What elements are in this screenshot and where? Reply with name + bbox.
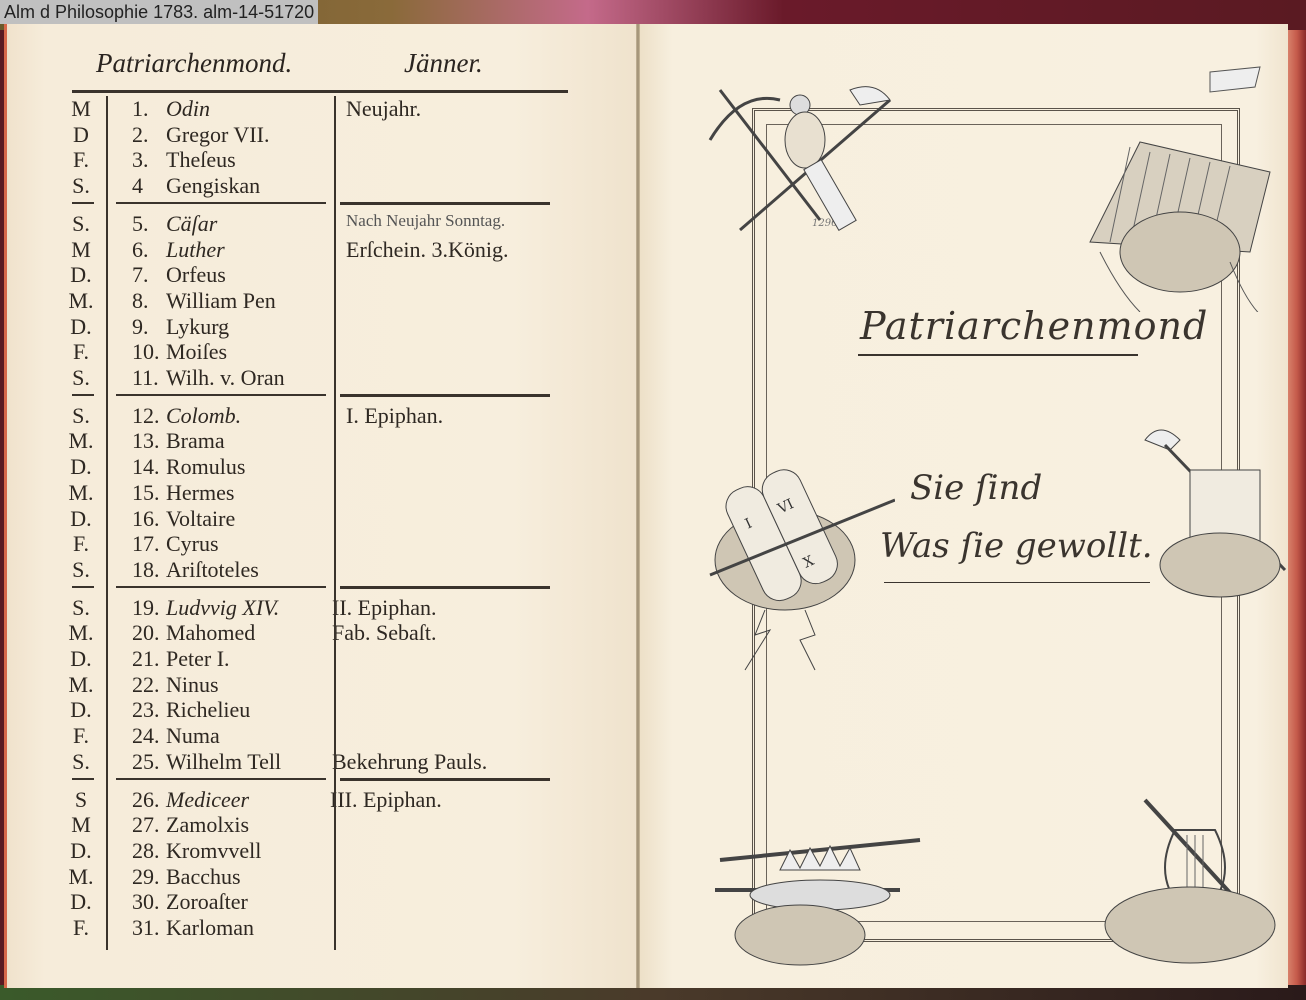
feast-note: Erſchein. 3.König.	[346, 237, 509, 263]
day-number: 14.	[132, 454, 160, 480]
patron-name: Odin	[166, 96, 210, 122]
calendar-day-row: F.3.Theſeus	[66, 147, 326, 173]
calendar-day-row: D.28.Kromvvell	[66, 838, 326, 864]
calendar-day-row: M.15.Hermes	[66, 480, 326, 506]
calendar-day-row: M1.Odin	[66, 96, 326, 122]
motto-line-2: Was ſie gewollt.	[880, 526, 1153, 566]
calendar-day-row: M.22.Ninus	[66, 672, 326, 698]
day-number: 25.	[132, 749, 160, 775]
feast-note: II. Epiphan.	[332, 595, 436, 621]
weekday-letter: M.	[66, 672, 96, 698]
calendar-day-row: F.31.Karloman	[66, 915, 326, 941]
patron-name: Colomb.	[166, 403, 241, 429]
crown-and-scepters-ornament	[710, 830, 930, 970]
patron-name: Ninus	[166, 672, 219, 698]
day-number: 31.	[132, 915, 160, 941]
day-number: 8.	[132, 288, 149, 314]
day-number: 19.	[132, 595, 160, 621]
day-number: 15.	[132, 480, 160, 506]
weekday-letter: M.	[66, 428, 96, 454]
calendar-day-row: M.20.Mahomed	[66, 620, 326, 646]
month-title-heading: Jänner.	[404, 48, 483, 79]
day-number: 30.	[132, 889, 160, 915]
calendar-day-row: F.10.Moiſes	[66, 339, 326, 365]
feast-note: Fab. Sebaſt.	[332, 620, 437, 646]
calendar-day-row: D.21.Peter I.	[66, 646, 326, 672]
calendar-day-row: F.24.Numa	[66, 723, 326, 749]
weekday-letter: M	[66, 812, 96, 838]
week-separator	[116, 586, 326, 588]
weekday-letter: D.	[66, 697, 96, 723]
week-separator	[340, 778, 550, 781]
weekday-letter: F.	[66, 339, 96, 365]
day-number: 16.	[132, 506, 160, 532]
feast-note: III. Epiphan.	[330, 787, 442, 813]
day-number: 29.	[132, 864, 160, 890]
patron-name: Hermes	[166, 480, 234, 506]
week-separator	[116, 394, 326, 396]
calendar-day-row: M27.Zamolxis	[66, 812, 326, 838]
day-number: 1.	[132, 96, 149, 122]
patron-name: Wilh. v. Oran	[166, 365, 285, 391]
calendar-day-row: D.23.Richelieu	[66, 697, 326, 723]
calendar-day-row: S.4Gengiskan	[66, 173, 326, 199]
weekday-letter: S.	[66, 173, 96, 199]
weekday-letter: S	[66, 787, 96, 813]
weekday-letter: M.	[66, 620, 96, 646]
feast-note: Nach Neujahr Sonntag.	[346, 211, 505, 231]
day-number: 13.	[132, 428, 160, 454]
day-number: 6.	[132, 237, 149, 263]
calendar-day-row: S.12.Colomb.	[66, 403, 326, 429]
day-number: 18.	[132, 557, 160, 583]
crossbow-and-bust-ornament	[700, 80, 900, 240]
weekday-letter: S.	[66, 749, 96, 775]
calendar-day-row: M.13.Brama	[66, 428, 326, 454]
day-number: 7.	[132, 262, 149, 288]
tablets-of-law-ornament: I VI X	[705, 460, 895, 680]
weekday-letter: D.	[66, 506, 96, 532]
motto-underline	[884, 582, 1150, 583]
week-separator	[72, 394, 94, 396]
day-number: 3.	[132, 147, 149, 173]
header-rule	[72, 90, 568, 93]
weekday-letter: S.	[66, 211, 96, 237]
weekday-letter: D.	[66, 314, 96, 340]
patron-name: Moiſes	[166, 339, 227, 365]
motto-line-1: Sie ſind	[910, 468, 1042, 508]
patron-name: Brama	[166, 428, 225, 454]
feast-note: Bekehrung Pauls.	[332, 749, 487, 775]
calendar-day-row: M.29.Bacchus	[66, 864, 326, 890]
patron-name: Zoroaſter	[166, 889, 248, 915]
calendar-day-row: M6.Luther	[66, 237, 326, 263]
feast-note: I. Epiphan.	[346, 403, 443, 429]
weekday-letter: S.	[66, 403, 96, 429]
day-number: 10.	[132, 339, 160, 365]
patron-name: Mediceer	[166, 787, 249, 813]
flag-and-drape-ornament	[1070, 62, 1290, 312]
weekday-letter: S.	[66, 365, 96, 391]
day-number: 24.	[132, 723, 160, 749]
calendar-day-row: S26.Mediceer	[66, 787, 326, 813]
week-separator	[116, 202, 326, 204]
day-number: 4	[132, 173, 143, 199]
day-number: 21.	[132, 646, 160, 672]
weekday-letter: F.	[66, 723, 96, 749]
weekday-letter: F.	[66, 147, 96, 173]
patron-name: Romulus	[166, 454, 245, 480]
calendar-day-row: D.9.Lykurg	[66, 314, 326, 340]
weekday-letter: S.	[66, 595, 96, 621]
calendar-day-row: D.30.Zoroaſter	[66, 889, 326, 915]
weekday-letter: M.	[66, 288, 96, 314]
weekday-letter: D	[66, 122, 96, 148]
patron-name: Karloman	[166, 915, 254, 941]
patron-name: Ludvvig XIV.	[166, 595, 279, 621]
page-edge-red	[1288, 30, 1306, 985]
month-name-heading: Patriarchenmond.	[96, 48, 292, 79]
calendar-day-row: D.14.Romulus	[66, 454, 326, 480]
lyre-and-flute-ornament	[1095, 790, 1285, 970]
patron-name: Cäſar	[166, 211, 217, 237]
weekday-letter: D.	[66, 646, 96, 672]
day-number: 22.	[132, 672, 160, 698]
week-separator	[116, 778, 326, 780]
calendar-day-row: F.17.Cyrus	[66, 531, 326, 557]
day-number: 11.	[132, 365, 159, 391]
patron-name: Mahomed	[166, 620, 255, 646]
patron-name: Gregor VII.	[166, 122, 269, 148]
weekday-letter: D.	[66, 454, 96, 480]
patron-name: Peter I.	[166, 646, 230, 672]
patron-name: Zamolxis	[166, 812, 249, 838]
calendar-day-row: D2.Gregor VII.	[66, 122, 326, 148]
day-number: 17.	[132, 531, 160, 557]
patron-name: William Pen	[166, 288, 276, 314]
week-separator	[340, 586, 550, 589]
patron-name: Voltaire	[166, 506, 235, 532]
calendar-day-row: S.11.Wilh. v. Oran	[66, 365, 326, 391]
day-number: 28.	[132, 838, 160, 864]
weekday-letter: M	[66, 96, 96, 122]
day-number: 26.	[132, 787, 160, 813]
calendar-day-row: S.18.Ariſtoteles	[66, 557, 326, 583]
week-separator	[340, 202, 550, 205]
day-number: 27.	[132, 812, 160, 838]
calendar-day-row: M.8.William Pen	[66, 288, 326, 314]
week-separator	[72, 778, 94, 780]
weekday-letter: F.	[66, 531, 96, 557]
calendar-day-row: S.5.Cäſar	[66, 211, 326, 237]
feast-note: Neujahr.	[346, 96, 421, 122]
week-separator	[72, 586, 94, 588]
calendar-day-row: D.16.Voltaire	[66, 506, 326, 532]
patron-name: Ariſtoteles	[166, 557, 259, 583]
calendar-day-row: S.19.Ludvvig XIV.	[66, 595, 326, 621]
patron-name: Kromvvell	[166, 838, 261, 864]
title-underline	[858, 354, 1138, 356]
weekday-letter: D.	[66, 889, 96, 915]
day-number: 23.	[132, 697, 160, 723]
day-number: 9.	[132, 314, 149, 340]
weekday-column-divider	[106, 96, 108, 950]
weekday-letter: D.	[66, 262, 96, 288]
weekday-letter: D.	[66, 838, 96, 864]
scroll-and-hat-ornament	[1140, 420, 1290, 610]
weekday-letter: M	[66, 237, 96, 263]
day-number: 2.	[132, 122, 149, 148]
week-separator	[340, 394, 550, 397]
weekday-letter: M.	[66, 480, 96, 506]
notes-column-divider	[334, 96, 336, 950]
day-number: 20.	[132, 620, 160, 646]
patron-name: Luther	[166, 237, 225, 263]
patron-name: Bacchus	[166, 864, 241, 890]
patron-name: Orfeus	[166, 262, 226, 288]
calendar-day-row: S.25.Wilhelm Tell	[66, 749, 326, 775]
calendar-day-row: D.7.Orfeus	[66, 262, 326, 288]
patron-name: Theſeus	[166, 147, 236, 173]
weekday-letter: M.	[66, 864, 96, 890]
image-caption: Alm d Philosophie 1783. alm-14-51720	[0, 0, 318, 24]
day-number: 12.	[132, 403, 160, 429]
patron-name: Richelieu	[166, 697, 250, 723]
weekday-letter: F.	[66, 915, 96, 941]
week-separator	[72, 202, 94, 204]
patron-name: Gengiskan	[166, 173, 260, 199]
patron-name: Lykurg	[166, 314, 229, 340]
patron-name: Wilhelm Tell	[166, 749, 281, 775]
day-number: 5.	[132, 211, 149, 237]
patron-name: Numa	[166, 723, 220, 749]
weekday-letter: S.	[66, 557, 96, 583]
patron-name: Cyrus	[166, 531, 219, 557]
